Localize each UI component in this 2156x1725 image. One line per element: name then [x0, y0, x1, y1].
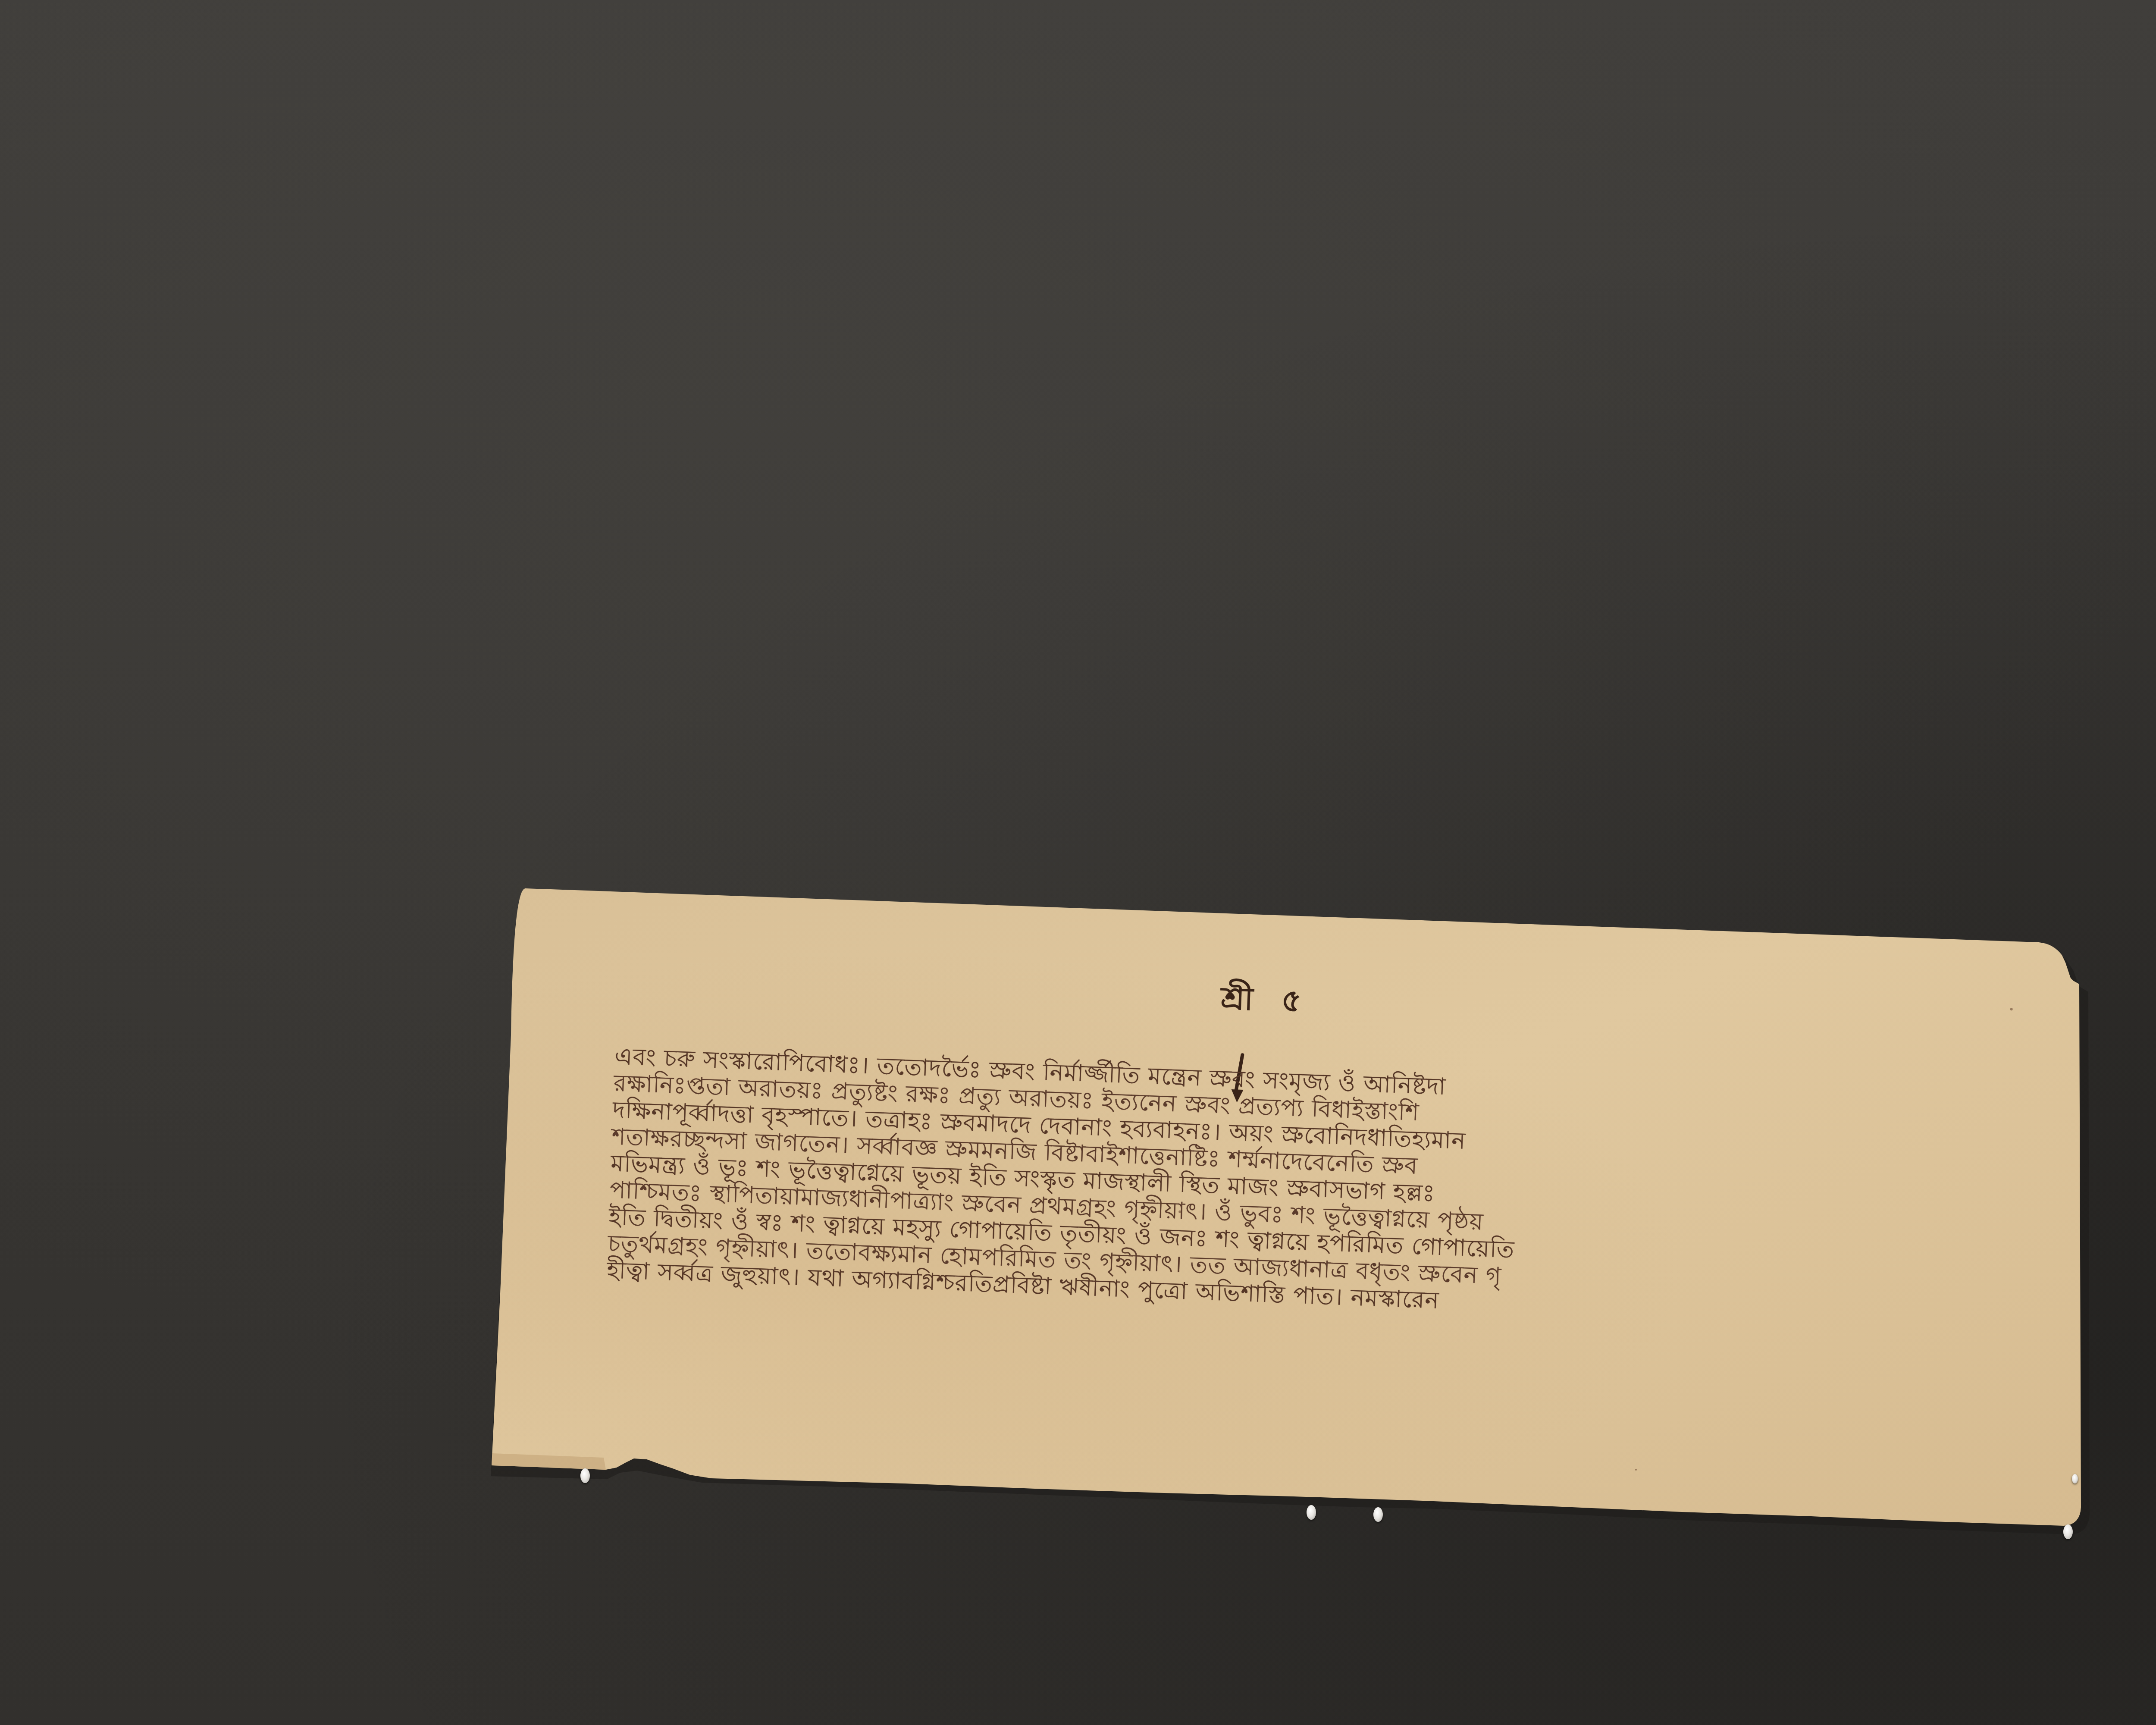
paper-speck [2010, 1008, 2013, 1010]
photo-scene: শ্রী ৫ এবং চরু সংস্কারোপিবোধঃ। ততোদর্ভৈঃ… [0, 0, 2156, 1725]
page-number: ৫ [1281, 982, 1305, 1019]
mounting-pin [1307, 1505, 1316, 1520]
mounting-pin [2072, 1474, 2078, 1483]
paper-speck [1635, 1469, 1637, 1471]
mounting-pin [1373, 1507, 1383, 1522]
mounting-pin [2063, 1524, 2073, 1539]
shri-invocation: শ্রী [1220, 979, 1257, 1017]
mounting-pin [580, 1468, 590, 1483]
page-header: শ্রী ৫ [1220, 975, 1305, 1029]
manuscript-content: শ্রী ৫ এবং চরু সংস্কারোপিবোধঃ। ততোদর্ভৈঃ… [495, 884, 2052, 1544]
manuscript-text: এবং চরু সংস্কারোপিবোধঃ। ততোদর্ভৈঃ স্রুবং… [606, 1043, 1908, 1331]
